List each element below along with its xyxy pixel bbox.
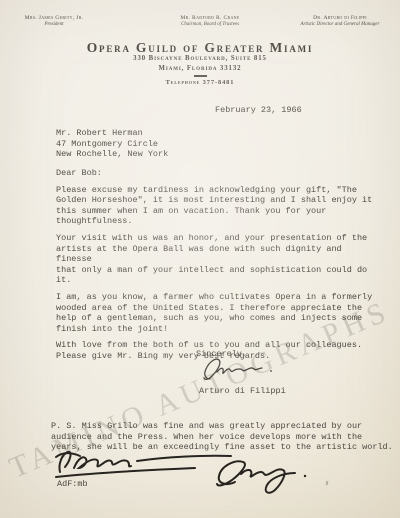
officer-block-director: Dr. Arturo di Filippi Artistic Director … (294, 15, 386, 27)
letter-page: TAMINO AUTOGRAPHS Mrs. James Gerity, Jr.… (0, 0, 400, 518)
typist-initials: AdF:mb (57, 479, 88, 490)
paragraph-1: Please excuse my tardiness in acknowledg… (56, 185, 376, 227)
officer-name: Mr. Radford R. Crane (164, 15, 256, 21)
letter-date: February 23, 1966 (215, 105, 302, 116)
paper-speck (326, 481, 329, 485)
address-line2: Miami, Florida 33132 (0, 65, 400, 72)
officer-title: Chairman, Board of Trustees (164, 22, 256, 27)
address-line1: 330 Biscayne Boulevard, Suite 815 (0, 55, 400, 62)
officer-name: Mrs. James Gerity, Jr. (8, 15, 100, 21)
officer-title: Artistic Director and General Manager (294, 22, 386, 27)
officer-title: President (8, 22, 100, 27)
paragraph-3: I am, as you know, a farmer who cultivat… (56, 292, 376, 334)
letterhead-divider (194, 75, 207, 77)
officer-name: Dr. Arturo di Filippi (294, 15, 386, 21)
organization-name: Opera Guild of Greater Miami (0, 40, 400, 56)
officer-block-chairman: Mr. Radford R. Crane Chairman, Board of … (164, 15, 256, 27)
letter-body: Dear Bob: Please excuse my tardiness in … (56, 168, 376, 368)
signature-typed-name: Arturo di Filippi (199, 386, 286, 397)
salutation: Dear Bob: (56, 168, 376, 179)
paragraph-2: Your visit with us was an honor, and you… (56, 233, 376, 286)
signature-script (196, 355, 286, 385)
recipient-address: Mr. Robert Herman 47 Montgomery Circle N… (56, 128, 168, 160)
telephone-line: Telephone 377-8481 (0, 79, 400, 86)
bottom-signature-handwriting (205, 452, 315, 496)
officer-block-president: Mrs. James Gerity, Jr. President (8, 15, 100, 27)
